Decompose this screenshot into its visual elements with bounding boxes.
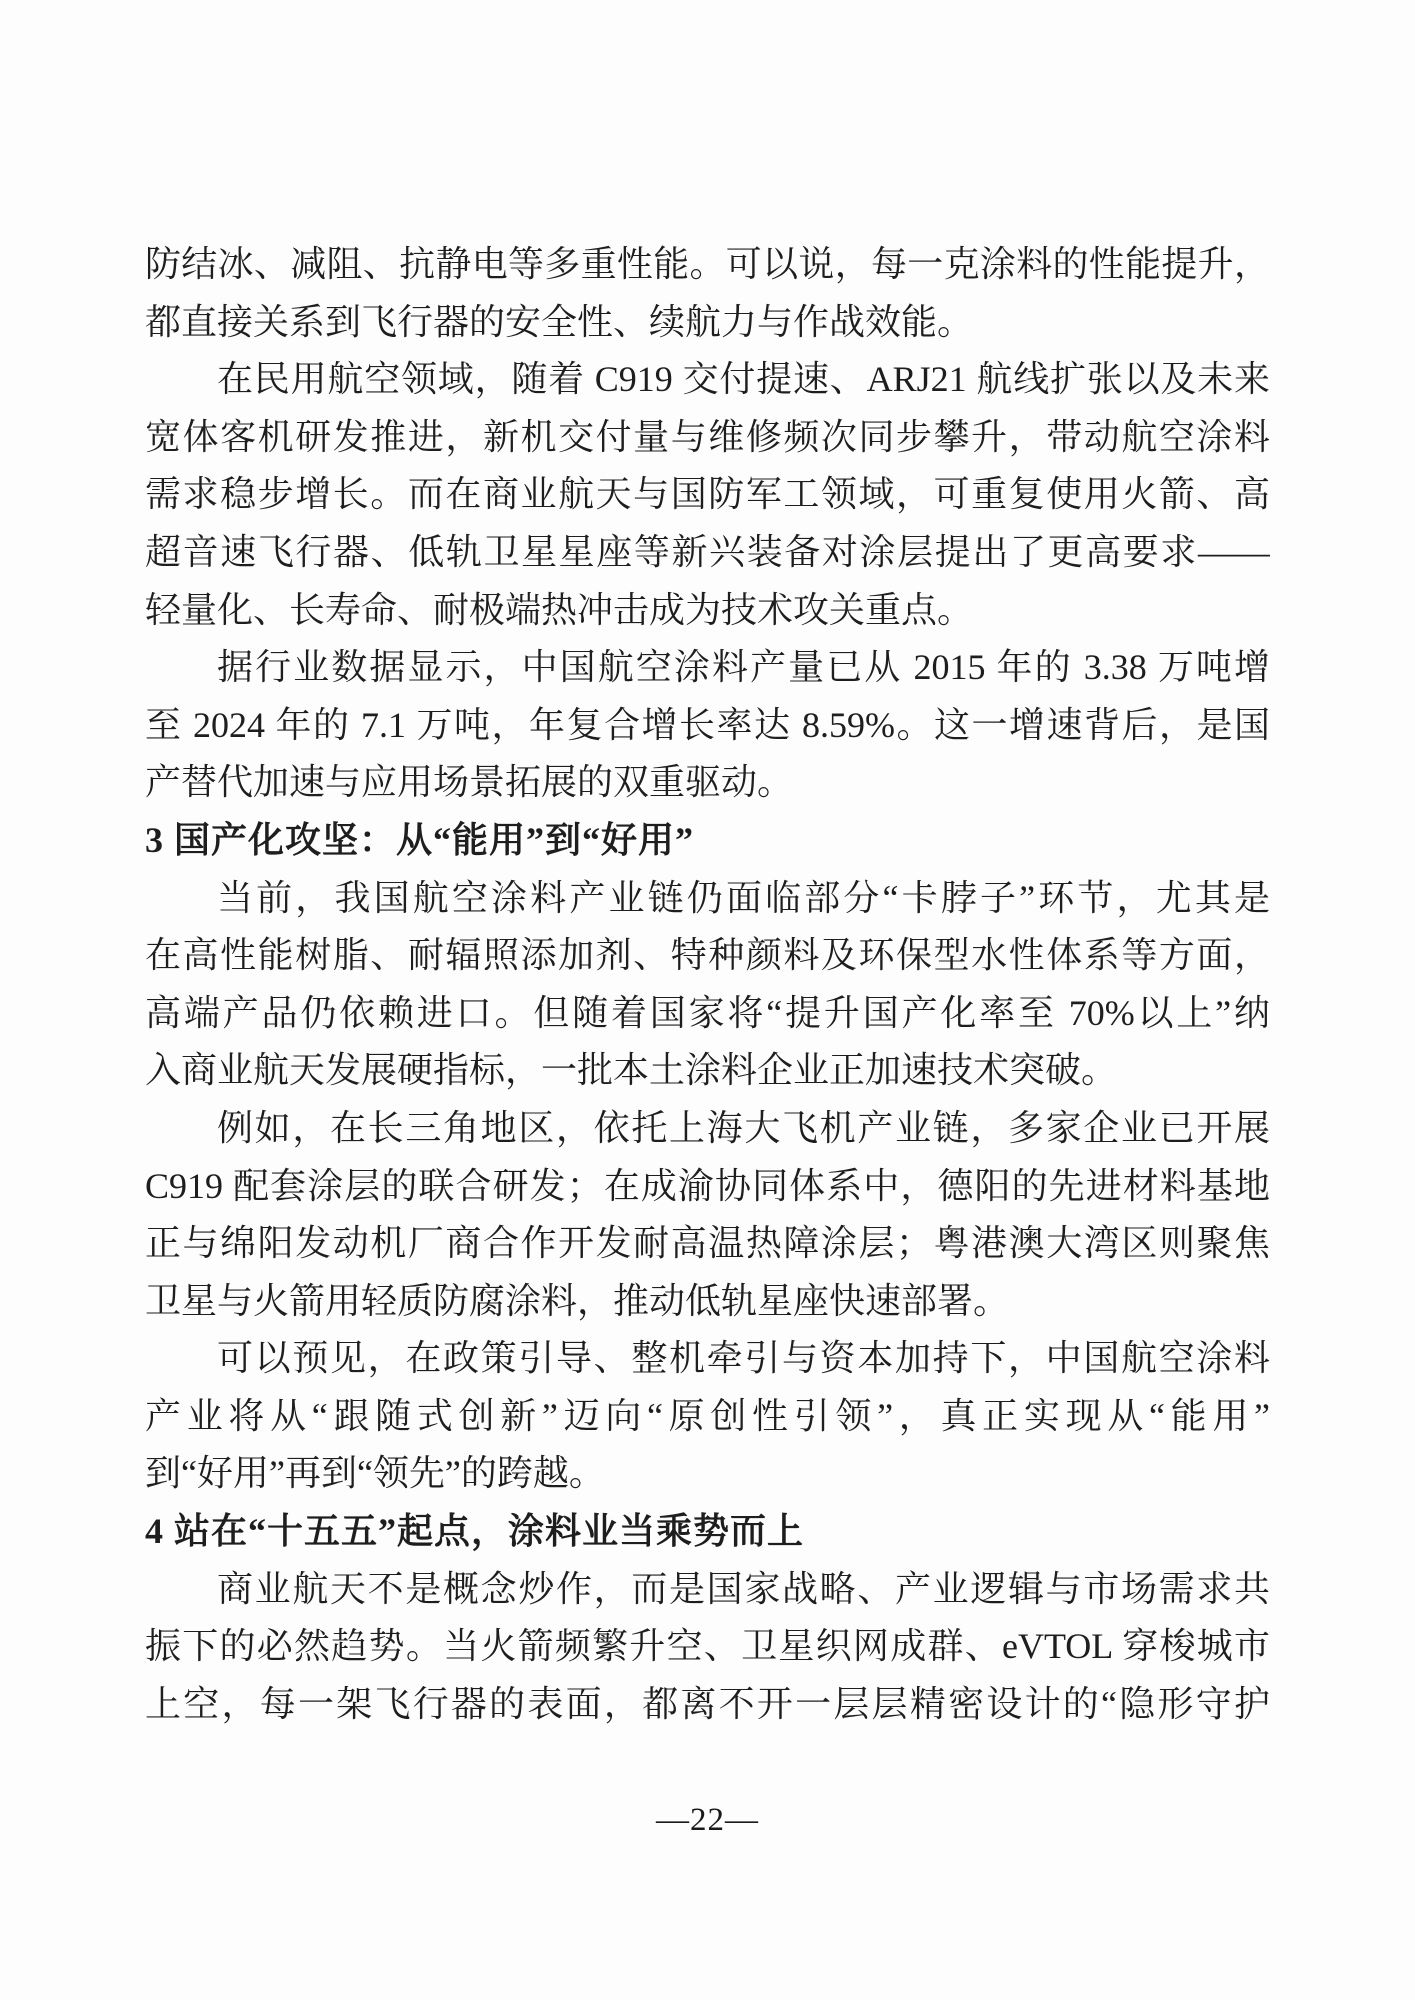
document-page: 防结冰、减阻、抗静电等多重性能。可以说，每一克涂料的性能提升， 都直接关系到飞行… xyxy=(0,0,1415,2000)
text-line: 都直接关系到飞行器的安全性、续航力与作战效能。 xyxy=(145,294,1270,352)
text-line: 振下的必然趋势。当火箭频繁升空、卫星织网成群、eVTOL 穿梭城市 xyxy=(145,1618,1270,1676)
text-line: 防结冰、减阻、抗静电等多重性能。可以说，每一克涂料的性能提升， xyxy=(145,236,1270,294)
text-line: 产替代加速与应用场景拓展的双重驱动。 xyxy=(145,754,1270,812)
text-line: 上空，每一架飞行器的表面，都离不开一层层精密设计的“隐形守护 xyxy=(145,1676,1270,1734)
text-line: 需求稳步增长。而在商业航天与国防军工领域，可重复使用火箭、高 xyxy=(145,466,1270,524)
text-line: 正与绵阳发动机厂商合作开发耐高温热障涂层；粤港澳大湾区则聚焦 xyxy=(145,1215,1270,1273)
section-heading: 3 国产化攻坚：从“能用”到“好用” xyxy=(145,812,1270,870)
text-line: 例如，在长三角地区，依托上海大飞机产业链，多家企业已开展 xyxy=(145,1100,1270,1158)
text-line: 高端产品仍依赖进口。但随着国家将“提升国产化率至 70%以上”纳 xyxy=(145,985,1270,1043)
text-line: 在民用航空领域，随着 C919 交付提速、ARJ21 航线扩张以及未来 xyxy=(145,351,1270,409)
text-line: 产业将从“跟随式创新”迈向“原创性引领”，真正实现从“能用” xyxy=(145,1388,1270,1446)
page-number: —22— xyxy=(0,1798,1415,1842)
text-line: C919 配套涂层的联合研发；在成渝协同体系中，德阳的先进材料基地 xyxy=(145,1158,1270,1216)
text-line: 入商业航天发展硬指标，一批本土涂料企业正加速技术突破。 xyxy=(145,1042,1270,1100)
text-line: 据行业数据显示，中国航空涂料产量已从 2015 年的 3.38 万吨增 xyxy=(145,639,1270,697)
text-line: 宽体客机研发推进，新机交付量与维修频次同步攀升，带动航空涂料 xyxy=(145,409,1270,467)
text-line: 在高性能树脂、耐辐照添加剂、特种颜料及环保型水性体系等方面， xyxy=(145,927,1270,985)
text-line: 卫星与火箭用轻质防腐涂料，推动低轨星座快速部署。 xyxy=(145,1273,1270,1331)
text-line: 可以预见，在政策引导、整机牵引与资本加持下，中国航空涂料 xyxy=(145,1330,1270,1388)
section-heading: 4 站在“十五五”起点，涂料业当乘势而上 xyxy=(145,1503,1270,1561)
text-line: 当前，我国航空涂料产业链仍面临部分“卡脖子”环节，尤其是 xyxy=(145,870,1270,928)
text-line: 商业航天不是概念炒作，而是国家战略、产业逻辑与市场需求共 xyxy=(145,1561,1270,1619)
text-line: 到“好用”再到“领先”的跨越。 xyxy=(145,1445,1270,1503)
text-block: 防结冰、减阻、抗静电等多重性能。可以说，每一克涂料的性能提升， 都直接关系到飞行… xyxy=(145,236,1270,1733)
text-line: 轻量化、长寿命、耐极端热冲击成为技术攻关重点。 xyxy=(145,582,1270,640)
text-line: 超音速飞行器、低轨卫星星座等新兴装备对涂层提出了更高要求—— xyxy=(145,524,1270,582)
text-line: 至 2024 年的 7.1 万吨，年复合增长率达 8.59%。这一增速背后，是国 xyxy=(145,697,1270,755)
